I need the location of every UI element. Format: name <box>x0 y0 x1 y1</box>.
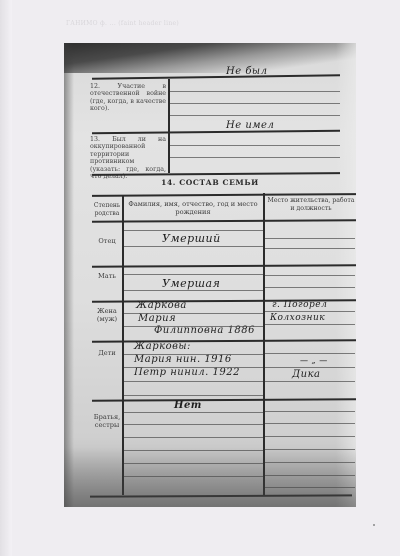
spouse-residence: г. Погорел <box>272 300 327 310</box>
ruled-line <box>124 290 263 291</box>
ruled-line <box>124 246 263 247</box>
mother-name: Умершая <box>162 277 220 290</box>
ruled-line <box>265 248 355 249</box>
spouse-first-name: Мария <box>138 313 176 324</box>
header-bottom-border <box>92 219 356 222</box>
children-place: Дика <box>292 369 321 380</box>
divider <box>92 172 340 175</box>
ruled-line <box>170 145 340 146</box>
row-divider <box>92 339 356 342</box>
ruled-line <box>265 275 355 276</box>
divider <box>92 74 340 79</box>
father-name: Умерший <box>162 232 221 245</box>
row-divider <box>92 264 356 267</box>
spouse-surname: Жаркова <box>136 300 187 311</box>
ruled-line <box>265 411 355 412</box>
ruled-line <box>170 115 340 116</box>
ruled-line <box>124 412 263 413</box>
ruled-line <box>265 367 355 368</box>
ruled-line <box>124 424 263 425</box>
ruled-line <box>124 354 263 355</box>
row-divider <box>92 398 356 401</box>
item12-label: 12. Участие в отечественной войне (где, … <box>90 83 166 113</box>
relation-siblings: Братья, сестры <box>92 413 122 429</box>
section-title: 14. СОСТАВ СЕМЬИ <box>64 178 356 187</box>
ruled-line <box>170 157 340 158</box>
table-top-border <box>92 193 356 196</box>
scanned-form: 12. Участие в отечественной войне (где, … <box>64 43 356 507</box>
ruled-line <box>265 353 355 354</box>
ruled-line <box>265 381 355 382</box>
scan-shadow <box>64 447 356 507</box>
scan-shadow <box>64 43 74 507</box>
children-residence-ditto: — „ — <box>300 356 328 365</box>
spouse-occupation: Колхозник <box>270 313 325 323</box>
child-1: Мария нин. 1916 <box>134 354 232 365</box>
item12-answer: Не был <box>226 66 267 77</box>
ruled-line <box>124 367 263 368</box>
ruled-line <box>124 274 263 275</box>
ruled-line <box>265 238 355 239</box>
header-residence: Место жительства, работа и должность <box>266 197 356 213</box>
archive-caption: ГАНИМО ф. ... (faint header line) <box>66 20 356 27</box>
header-relation: Степень родства <box>92 202 122 218</box>
ruled-line <box>265 324 355 325</box>
ruled-line <box>124 313 263 314</box>
ruled-line <box>265 436 355 437</box>
item13-answer: Не имел <box>226 120 274 131</box>
divider <box>92 130 340 134</box>
header-name: Фамилия, имя, отчество, год и место рожд… <box>126 200 260 216</box>
column-divider <box>168 79 170 173</box>
ruled-line <box>124 381 263 382</box>
children-surname: Жарковы: <box>134 341 191 352</box>
relation-father: Отец <box>92 237 122 245</box>
siblings-answer: Нет <box>174 400 202 411</box>
ruled-line <box>124 437 263 438</box>
page-edge <box>0 0 12 556</box>
ruled-line <box>265 287 355 288</box>
ruled-line <box>124 230 263 231</box>
ruled-line <box>170 91 340 92</box>
relation-spouse: Жена (муж) <box>92 307 122 323</box>
scan-shadow <box>64 43 356 73</box>
ruled-line <box>265 423 355 424</box>
ruled-line <box>170 103 340 104</box>
relation-children: Дети <box>92 349 122 357</box>
ruled-line <box>124 395 263 396</box>
scan-speck <box>373 524 375 526</box>
ruled-line <box>265 311 355 312</box>
relation-mother: Мать <box>92 272 122 280</box>
child-2: Петр нинил. 1922 <box>134 367 240 378</box>
ruled-line <box>124 326 263 327</box>
